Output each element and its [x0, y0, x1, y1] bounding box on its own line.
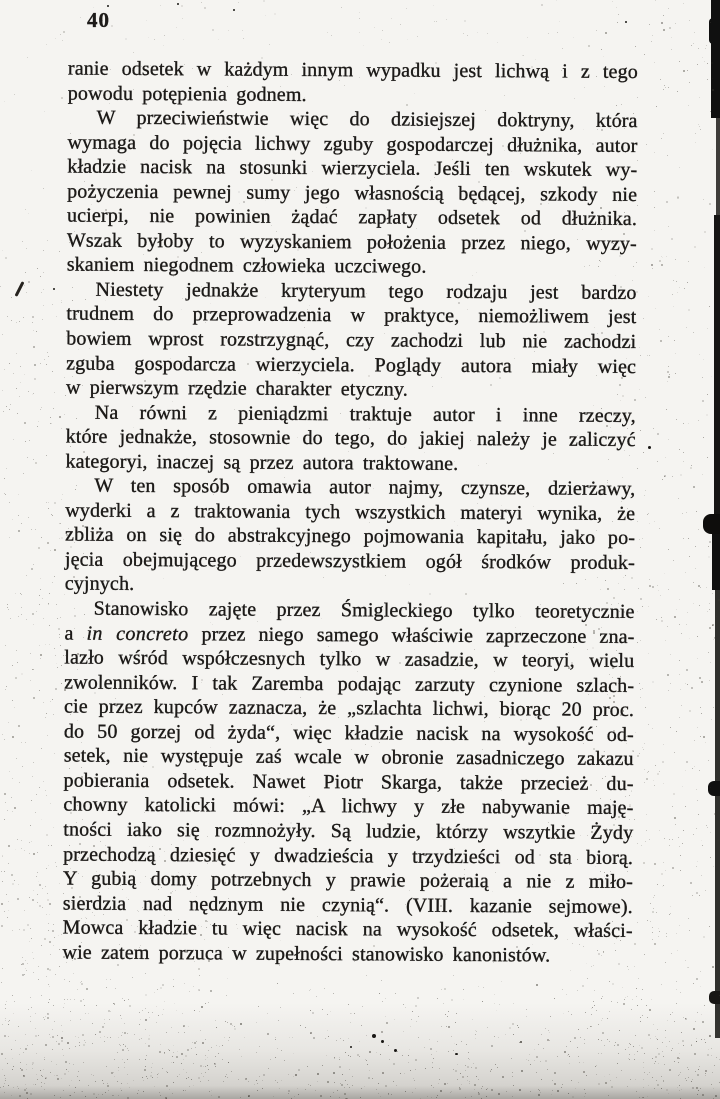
- scanned-book-page: 40 ranie odsetek w każdym innym wypadku …: [0, 0, 720, 1099]
- scan-noise: [0, 0, 720, 1099]
